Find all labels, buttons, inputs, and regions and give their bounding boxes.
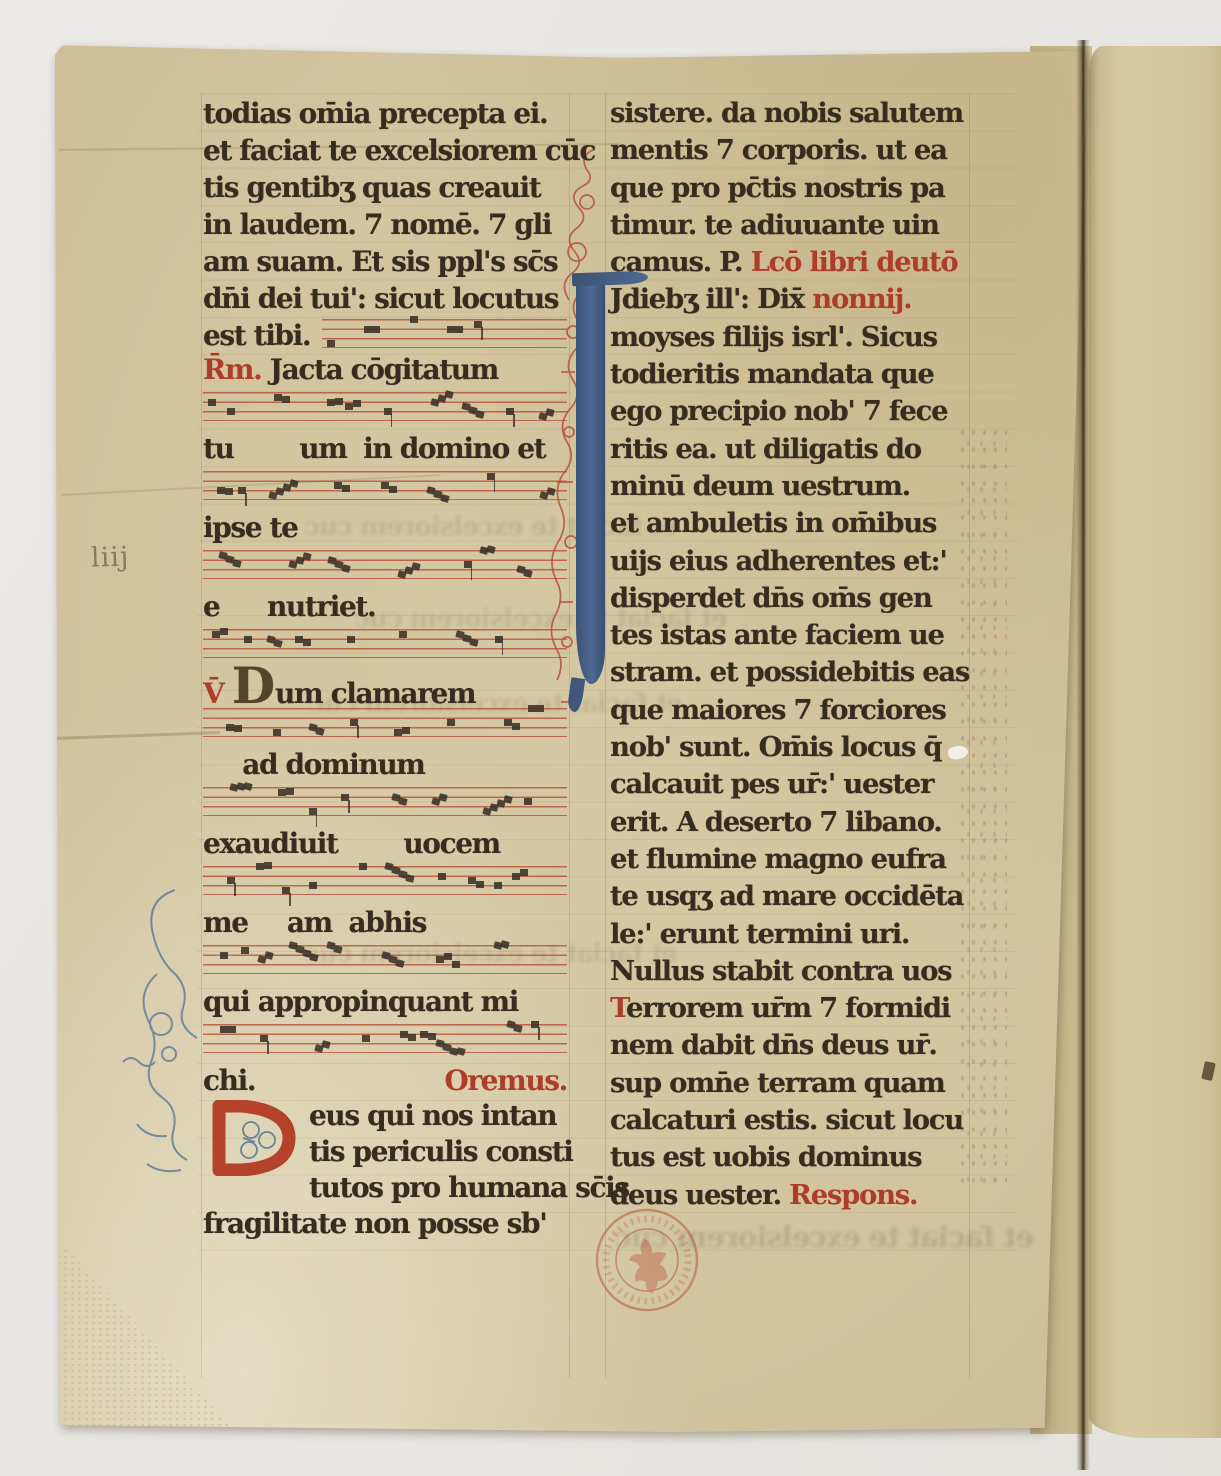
manuscript-line: stram. et possidebitis eas	[610, 654, 972, 691]
chant-stave-row	[203, 945, 567, 985]
chant-lyric-line: exaudiuit uocem	[203, 827, 567, 861]
manuscript-line: calcauit pes ur̄:' uester	[610, 766, 972, 803]
chant-lyric-line: e nutriet.	[203, 590, 567, 624]
next-page-leaf	[1089, 46, 1221, 1438]
chant-stave-row	[203, 866, 567, 906]
neume-square	[273, 729, 281, 736]
neume-square	[389, 486, 397, 493]
neume-square	[286, 788, 294, 795]
manuscript-text: erit. A deserto 7 libano.	[610, 806, 942, 838]
neume-square	[274, 394, 282, 401]
neume-square	[310, 953, 319, 962]
manuscript-line: calcaturi estis. sicut locu	[610, 1102, 972, 1139]
neume-square	[309, 882, 317, 889]
chant-stave	[203, 392, 567, 421]
chant-stave	[203, 550, 567, 579]
manuscript-text-rubric: nonnij.	[812, 283, 911, 315]
chant-stave	[203, 866, 567, 895]
neume-square	[438, 873, 446, 880]
manuscript-text: nob' sunt. Om̄is locus q̄	[610, 731, 941, 763]
manuscript-text: errorem ur̄m 7 formidi	[626, 992, 950, 1024]
chant-stave	[203, 787, 567, 816]
chant-lyric: chi.	[203, 1064, 255, 1097]
chant-lyric-line: chi.Oremus.	[203, 1064, 567, 1098]
neume-square	[445, 390, 454, 399]
neume-square	[394, 729, 402, 736]
chant-stave-row	[203, 787, 567, 827]
chant-lyric: exaudiuit uocem	[203, 827, 500, 860]
manuscript-text: et ambuletis in om̄ibus	[610, 507, 936, 539]
neume-square	[381, 482, 389, 489]
neume-square	[341, 564, 350, 573]
neume-square	[455, 326, 463, 333]
manuscript-text: le:' erunt termini uri.	[610, 918, 909, 950]
manuscript-text: ritis ea. ut diligatis do	[610, 433, 921, 465]
chant-stave	[203, 629, 567, 658]
chant-stave	[203, 1024, 567, 1053]
manuscript-text: tus est uobis dominus	[610, 1141, 921, 1173]
neume-square	[256, 863, 264, 870]
neume-square	[476, 881, 484, 888]
rubric-mark: V̄	[203, 677, 232, 710]
manuscript-text: sup omn̄e terram quam	[610, 1067, 945, 1099]
neume-square	[333, 945, 342, 954]
chant-stave-row	[203, 708, 567, 748]
manuscript-text: calcaturi estis. sicut locu	[610, 1104, 963, 1136]
chant-lyric: ipse te	[203, 511, 298, 544]
neume-stem	[391, 414, 393, 427]
manuscript-line: tis gentibʒ quas creauit	[203, 169, 567, 206]
neume-square	[303, 552, 312, 561]
chant-stave-row	[203, 550, 567, 590]
chant-stave-row	[203, 471, 567, 511]
chant-stave-row	[203, 392, 567, 432]
manuscript-line: todieritis mandata que	[610, 356, 972, 393]
neume-square	[395, 959, 404, 968]
neume-square	[420, 1031, 428, 1038]
chant-lyric-line: V̄ Dum clamarem	[203, 669, 567, 703]
manuscript-line: in laudem. 7 nomē. 7 gli	[203, 206, 567, 243]
neume-square	[452, 961, 460, 968]
manuscript-text: uijs eius adherentes et:'	[610, 545, 946, 577]
manuscript-line: Terrorem ur̄m 7 formidi	[610, 990, 972, 1027]
neume-square	[290, 479, 299, 488]
manuscript-text: sistere. da nobis salutem	[610, 97, 963, 129]
chant-lyric-line: qui appropinquant mi	[203, 985, 567, 1019]
manuscript-line: tes istas ante faciem ue	[610, 617, 972, 654]
manuscript-text: et flumine magno eufra	[610, 843, 946, 875]
chant-stave	[203, 708, 567, 737]
manuscript-text: Jdiebʒ ill': Dix̄	[610, 283, 812, 315]
manuscript-line: moyses filijs isrl'. Sicus	[610, 319, 972, 356]
chant-stave-row	[203, 629, 567, 669]
manuscript-line: ritis ea. ut diligatis do	[610, 431, 972, 468]
neume-square	[524, 798, 532, 805]
manuscript-text: est tibi.	[203, 317, 310, 354]
chant-lyric: ad dominum	[203, 748, 425, 781]
left-text-column: todias om̄ia precepta ei.et faciat te ex…	[203, 95, 567, 1242]
neume-square	[536, 705, 544, 712]
neume-square	[398, 797, 407, 806]
manuscript-line: nem dabit dn̄s deus ur̄.	[610, 1027, 972, 1064]
manuscript-line: ego precipio nob' 7 fece	[610, 393, 972, 430]
collect-line: fragilitate non posse sb'	[203, 1206, 567, 1242]
manuscript-line: todias om̄ia precepta ei.	[203, 95, 567, 132]
neume-square	[494, 882, 502, 889]
neume-square	[504, 795, 513, 804]
neume-stem	[471, 567, 473, 580]
neume-stem	[481, 327, 483, 340]
chant-lyric-line: R̄m. Jacta cōgitatum	[203, 353, 567, 387]
manuscript-line: sup omn̄e terram quam	[610, 1065, 972, 1102]
neume-square	[545, 408, 554, 417]
neume-square	[282, 396, 290, 403]
neume-square	[327, 340, 335, 347]
manuscript-text: ego precipio nob' 7 fece	[610, 395, 947, 427]
manuscript-text: que pro pc̄tis nostris pa	[610, 172, 944, 204]
neume-square	[364, 326, 372, 333]
binding-gap-shadow	[1076, 40, 1090, 1470]
neume-square	[226, 724, 234, 731]
manuscript-line: timur. te adiuuante uin	[610, 207, 972, 244]
neume-stem	[538, 1027, 540, 1040]
manuscript-text: calcauit pes ur̄:' uester	[610, 768, 933, 800]
library-stamp	[591, 1204, 703, 1316]
manuscript-line: que pro pc̄tis nostris pa	[610, 170, 972, 207]
manuscript-line: et flumine magno eufra	[610, 841, 972, 878]
neume-stem	[502, 642, 504, 655]
manuscript-text-rubric: Respons.	[789, 1179, 917, 1211]
manuscript-line: tus est uobis dominus	[610, 1139, 972, 1176]
manuscript-line: Nullus stabit contra uos	[610, 953, 972, 990]
neume-square	[225, 488, 233, 495]
chant-lyric: e nutriet.	[203, 590, 375, 623]
neume-square	[486, 545, 495, 554]
neume-square	[347, 636, 355, 643]
manuscript-text: que maiores 7 forciores	[610, 694, 946, 726]
neume-square	[410, 316, 418, 323]
manuscript-text: moyses filijs isrl'. Sicus	[610, 321, 937, 353]
neume-square	[212, 631, 220, 638]
chant-lyric: qui appropinquant mi	[203, 985, 518, 1018]
neume-square	[408, 1034, 416, 1041]
neume-square	[512, 873, 520, 880]
manuscript-line: et ambuletis in om̄ibus	[610, 505, 972, 542]
manuscript-text: minū deum uestrum.	[610, 470, 910, 502]
neume-square	[217, 487, 225, 494]
neume-square	[227, 408, 235, 415]
manuscript-line: Jdiebʒ ill': Dix̄ nonnij.	[610, 281, 972, 318]
rubric-mark: R̄m.	[203, 353, 270, 386]
manuscript-text: stram. et possidebitis eas	[610, 656, 969, 688]
manuscript-line: mentis 7 corporis. ut ea	[610, 132, 972, 169]
chant-lyric-line: tu um in domino et	[203, 432, 567, 466]
neume-stem	[289, 893, 291, 906]
neume-square	[504, 719, 512, 726]
manuscript-text: te usqʒ ad mare occidēta	[610, 880, 963, 912]
neume-square	[399, 631, 407, 638]
manuscript-text: nem dabit dn̄s deus ur̄.	[610, 1029, 937, 1061]
chant-lyric-line: me am abhis	[203, 906, 567, 940]
neume-square	[400, 1031, 408, 1038]
chant-lyric: tu um in domino et	[203, 432, 545, 465]
manuscript-line: camus. P. Lcō libri deutō	[610, 244, 972, 281]
neume-square	[315, 727, 324, 736]
collect-prayer: eus qui nos intantis periculis constitut…	[203, 1098, 567, 1242]
manuscript-text: todieritis mandata que	[610, 358, 934, 390]
neume-square	[428, 1033, 436, 1040]
neume-square	[228, 1026, 236, 1033]
parchment-page: liij et faciat te excelsiorem cuc et fac…	[55, 44, 1087, 1432]
neume-square	[475, 410, 484, 419]
neume-square	[234, 725, 242, 732]
neume-square	[327, 399, 335, 406]
manuscript-line: que maiores 7 forciores	[610, 692, 972, 729]
manuscript-text: mentis 7 corporis. ut ea	[610, 134, 947, 166]
manuscript-line: minū deum uestrum.	[610, 468, 972, 505]
manuscript-line: nob' sunt. Om̄is locus q̄	[610, 729, 972, 766]
manuscript-line: disperdet dn̄s om̄s gen	[610, 580, 972, 617]
neume-square	[444, 953, 452, 960]
neume-square	[528, 705, 536, 712]
neume-square	[264, 862, 272, 869]
neume-stem	[245, 493, 247, 506]
neume-square	[523, 569, 532, 578]
right-text-column: sistere. da nobis salutemmentis 7 corpor…	[610, 95, 972, 1214]
chant-stave-row	[203, 1024, 567, 1064]
neume-stem	[494, 479, 496, 492]
neume-square	[447, 719, 455, 726]
manuscript-text: tes istas ante faciem ue	[610, 619, 944, 651]
manuscript-text: Nullus stabit contra uos	[610, 955, 951, 987]
folio-number: liij	[90, 541, 129, 573]
neume-square	[447, 326, 455, 333]
neume-square	[220, 628, 228, 635]
neume-square	[512, 723, 520, 730]
chant-stave	[203, 471, 567, 500]
manuscript-text-rubric: T	[610, 992, 626, 1024]
neume-square	[546, 487, 555, 496]
neume-square	[405, 874, 414, 883]
manuscript-line: dn̄i dei tui': sicut locutus	[203, 280, 567, 317]
manuscript-line: te usqʒ ad mare occidēta	[610, 878, 972, 915]
neume-square	[469, 638, 478, 647]
neume-square	[244, 636, 252, 643]
neume-square	[241, 947, 249, 954]
manuscript-line: le:' erunt termini uri.	[610, 916, 972, 953]
chant-lyric-line: ipse te	[203, 511, 567, 545]
manuscript-line: est tibi.	[203, 317, 567, 353]
neume-square	[334, 482, 342, 489]
crease-line	[55, 731, 220, 740]
neume-square	[220, 1026, 228, 1033]
neume-square	[359, 863, 367, 870]
neume-square	[345, 403, 353, 410]
neume-square	[232, 559, 241, 568]
rubric-mark: Oremus.	[444, 1064, 567, 1098]
neume-stem	[513, 414, 515, 427]
manuscript-text: timur. te adiuuante uin	[610, 209, 939, 241]
chant-lyric: um clamarem	[275, 677, 475, 710]
manuscript-line: uijs eius adherentes et:'	[610, 543, 972, 580]
manuscript-line: et faciat te excelsiorem cūc	[203, 132, 567, 169]
manuscript-line: erit. A deserto 7 libano.	[610, 804, 972, 841]
neume-square	[353, 400, 361, 407]
vertical-ruling	[201, 93, 202, 1378]
neume-square	[220, 952, 228, 959]
manuscript-text-rubric: Lcō libri deutō	[751, 246, 958, 278]
chant-lyric: me am abhis	[203, 906, 426, 939]
neume-square	[335, 398, 343, 405]
illuminated-initial-D	[203, 1100, 303, 1176]
neume-square	[303, 639, 311, 646]
neume-square	[208, 399, 216, 406]
neume-square	[278, 789, 286, 796]
neume-square	[295, 636, 303, 643]
neume-square	[342, 485, 350, 492]
neume-square	[402, 727, 410, 734]
illuminated-initial-I	[576, 276, 605, 684]
chant-stave	[322, 319, 567, 348]
manuscript-line: sistere. da nobis salutem	[610, 95, 972, 132]
neume-square	[520, 869, 528, 876]
neume-stem	[316, 814, 318, 827]
neume-square	[440, 494, 449, 503]
neume-stem	[234, 883, 236, 896]
neume-square	[274, 639, 283, 648]
manuscript-text: disperdet dn̄s om̄s gen	[610, 582, 932, 614]
neume-square	[436, 956, 444, 963]
neume-square	[513, 1024, 522, 1033]
chant-lyric-line: ad dominum	[203, 748, 567, 782]
neume-stem	[357, 725, 359, 738]
neume-square	[372, 326, 380, 333]
chant-stave	[203, 945, 567, 974]
chant-lyric: Jacta cōgitatum	[270, 353, 498, 386]
neume-square	[362, 1035, 370, 1042]
neume-square	[468, 877, 476, 884]
neume-stem	[267, 1041, 269, 1054]
neume-stem	[348, 800, 350, 813]
manuscript-line: am suam. Et sis ppl's sc̄s	[203, 243, 567, 280]
